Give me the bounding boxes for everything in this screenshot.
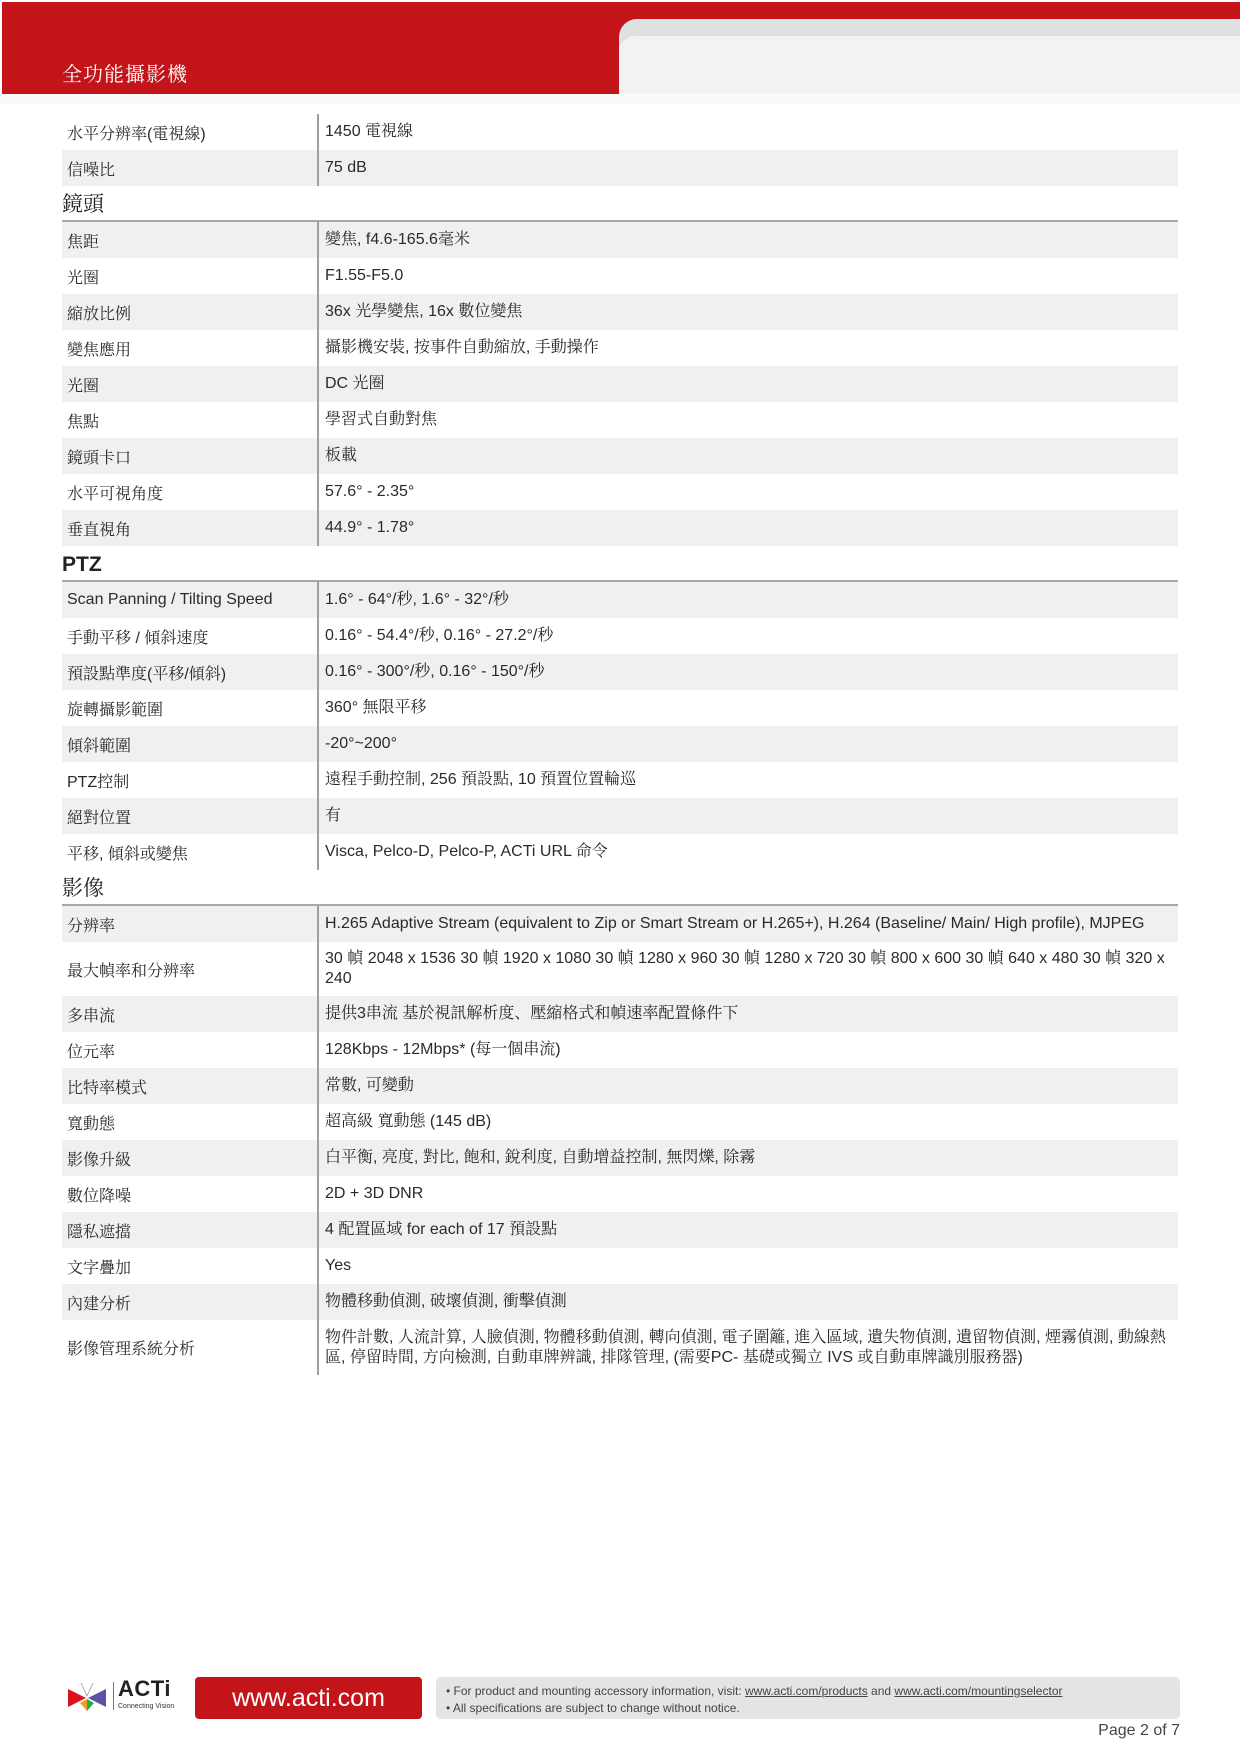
- spec-value: 常數, 可變動: [319, 1068, 1178, 1104]
- spec-label: 信噪比: [62, 150, 319, 186]
- spec-row: 傾斜範圍 -20°~200°: [62, 726, 1178, 762]
- spec-content: 水平分辨率(電視線) 1450 電視線 信噪比 75 dB 鏡頭 焦距 變焦, …: [62, 114, 1178, 1375]
- website-link-button[interactable]: www.acti.com: [195, 1677, 422, 1719]
- spec-row: 焦距 變焦, f4.6-165.6毫米: [62, 222, 1178, 258]
- section-title-image: 影像: [62, 870, 1178, 906]
- spec-value: Yes: [319, 1248, 1178, 1284]
- spec-label: 焦距: [62, 222, 319, 258]
- spec-label: 水平可視角度: [62, 474, 319, 510]
- spec-row: 分辨率 H.265 Adaptive Stream (equivalent to…: [62, 906, 1178, 942]
- spec-row: 隱私遮擋 4 配置區域 for each of 17 預設點: [62, 1212, 1178, 1248]
- spec-value: 1450 電視線: [319, 114, 1178, 150]
- spec-value: 57.6° - 2.35°: [319, 474, 1178, 510]
- spec-label: 鏡頭卡口: [62, 438, 319, 474]
- spec-row: 平移, 傾斜或變焦 Visca, Pelco-D, Pelco-P, ACTi …: [62, 834, 1178, 870]
- spec-label: 水平分辨率(電視線): [62, 114, 319, 150]
- spec-row: 影像管理系統分析 物件計數, 人流計算, 人臉偵測, 物體移動偵測, 轉向偵測,…: [62, 1320, 1178, 1375]
- spec-row: 光圈 DC 光圈: [62, 366, 1178, 402]
- spec-value: 4 配置區域 for each of 17 預設點: [319, 1212, 1178, 1248]
- spec-label: 垂直視角: [62, 510, 319, 546]
- spec-label: PTZ控制: [62, 762, 319, 798]
- spec-row: 絕對位置 有: [62, 798, 1178, 834]
- spec-value: 30 幀 2048 x 1536 30 幀 1920 x 1080 30 幀 1…: [319, 942, 1178, 996]
- spec-value: 36x 光學變焦, 16x 數位變焦: [319, 294, 1178, 330]
- spec-value: 44.9° - 1.78°: [319, 510, 1178, 546]
- note-1-prefix: • For product and mounting accessory inf…: [446, 1684, 745, 1698]
- spec-label: 光圈: [62, 258, 319, 294]
- section-title-ptz: PTZ: [62, 546, 1178, 582]
- spec-value: 128Kbps - 12Mbps* (每一個串流): [319, 1032, 1178, 1068]
- spec-label: 數位降噪: [62, 1176, 319, 1212]
- spec-row: 變焦應用 攝影機安裝, 按事件自動縮放, 手動操作: [62, 330, 1178, 366]
- spec-row: 比特率模式 常數, 可變動: [62, 1068, 1178, 1104]
- spec-value: 學習式自動對焦: [319, 402, 1178, 438]
- spec-row: 多串流 提供3串流 基於視訊解析度、壓縮格式和幀速率配置條件下: [62, 996, 1178, 1032]
- spec-row: 鏡頭卡口 板載: [62, 438, 1178, 474]
- spec-value: 360° 無限平移: [319, 690, 1178, 726]
- logo-tagline: Connecting Vision: [118, 1703, 174, 1710]
- spec-label: 多串流: [62, 996, 319, 1032]
- spec-label: 最大幀率和分辨率: [62, 942, 319, 996]
- spec-label: 影像管理系統分析: [62, 1320, 319, 1375]
- spec-row: Scan Panning / Tilting Speed 1.6° - 64°/…: [62, 582, 1178, 618]
- spec-label: 變焦應用: [62, 330, 319, 366]
- spec-label: 旋轉攝影範圍: [62, 690, 319, 726]
- spec-row: 文字疊加 Yes: [62, 1248, 1178, 1284]
- spec-value: 遠程手動控制, 256 預設點, 10 預置位置輪巡: [319, 762, 1178, 798]
- mounting-selector-link[interactable]: www.acti.com/mountingselector: [894, 1684, 1062, 1698]
- spec-value: 超高級 寬動態 (145 dB): [319, 1104, 1178, 1140]
- spec-row: 最大幀率和分辨率 30 幀 2048 x 1536 30 幀 1920 x 10…: [62, 942, 1178, 996]
- spec-label: 平移, 傾斜或變焦: [62, 834, 319, 870]
- section-title-lens: 鏡頭: [62, 186, 1178, 222]
- note-1-mid: and: [868, 1684, 895, 1698]
- spec-row: 水平可視角度 57.6° - 2.35°: [62, 474, 1178, 510]
- logo-text: ACTi: [118, 1676, 171, 1702]
- footer-notes: • For product and mounting accessory inf…: [436, 1677, 1180, 1719]
- spec-value: 0.16° - 300°/秒, 0.16° - 150°/秒: [319, 654, 1178, 690]
- spec-label: 分辨率: [62, 906, 319, 942]
- spec-value: -20°~200°: [319, 726, 1178, 762]
- page-title: 全功能攝影機: [62, 58, 188, 87]
- spec-value: 75 dB: [319, 150, 1178, 186]
- header-shadow: [0, 94, 1240, 104]
- spec-value: 變焦, f4.6-165.6毫米: [319, 222, 1178, 258]
- spec-label: 影像升級: [62, 1140, 319, 1176]
- spec-value: DC 光圈: [319, 366, 1178, 402]
- footer-note-2: • All specifications are subject to chan…: [446, 1700, 1170, 1717]
- spec-row: 焦點 學習式自動對焦: [62, 402, 1178, 438]
- spec-value: 板載: [319, 438, 1178, 474]
- spec-value: 2D + 3D DNR: [319, 1176, 1178, 1212]
- spec-row: 手動平移 / 傾斜速度 0.16° - 54.4°/秒, 0.16° - 27.…: [62, 618, 1178, 654]
- products-link[interactable]: www.acti.com/products: [745, 1684, 868, 1698]
- spec-value: 物件計數, 人流計算, 人臉偵測, 物體移動偵測, 轉向偵測, 電子圍籬, 進入…: [319, 1320, 1178, 1375]
- spec-value: 物體移動偵測, 破壞偵測, 衝擊偵測: [319, 1284, 1178, 1320]
- spec-value: 白平衡, 亮度, 對比, 飽和, 銳利度, 自動增益控制, 無閃爍, 除霧: [319, 1140, 1178, 1176]
- spec-label: 位元率: [62, 1032, 319, 1068]
- spec-label: 絕對位置: [62, 798, 319, 834]
- footer-note-1: • For product and mounting accessory inf…: [446, 1683, 1170, 1700]
- spec-value: 有: [319, 798, 1178, 834]
- spec-row: 位元率 128Kbps - 12Mbps* (每一個串流): [62, 1032, 1178, 1068]
- spec-value: Visca, Pelco-D, Pelco-P, ACTi URL 命令: [319, 834, 1178, 870]
- spec-row: 水平分辨率(電視線) 1450 電視線: [62, 114, 1178, 150]
- spec-label: 隱私遮擋: [62, 1212, 319, 1248]
- spec-row: 光圈 F1.55-F5.0: [62, 258, 1178, 294]
- spec-value: 1.6° - 64°/秒, 1.6° - 32°/秒: [319, 582, 1178, 618]
- spec-label: 傾斜範圍: [62, 726, 319, 762]
- spec-label: 光圈: [62, 366, 319, 402]
- spec-row: 旋轉攝影範圍 360° 無限平移: [62, 690, 1178, 726]
- acti-logo-icon: [66, 1681, 116, 1715]
- spec-label: 內建分析: [62, 1284, 319, 1320]
- spec-row: 垂直視角 44.9° - 1.78°: [62, 510, 1178, 546]
- spec-value: H.265 Adaptive Stream (equivalent to Zip…: [319, 906, 1178, 942]
- spec-value: 提供3串流 基於視訊解析度、壓縮格式和幀速率配置條件下: [319, 996, 1178, 1032]
- spec-row: 預設點準度(平移/傾斜) 0.16° - 300°/秒, 0.16° - 150…: [62, 654, 1178, 690]
- spec-label: Scan Panning / Tilting Speed: [62, 582, 319, 618]
- spec-label: 文字疊加: [62, 1248, 319, 1284]
- spec-row: PTZ控制 遠程手動控制, 256 預設點, 10 預置位置輪巡: [62, 762, 1178, 798]
- spec-value: F1.55-F5.0: [319, 258, 1178, 294]
- spec-row: 影像升級 白平衡, 亮度, 對比, 飽和, 銳利度, 自動增益控制, 無閃爍, …: [62, 1140, 1178, 1176]
- logo-divider: [113, 1682, 114, 1710]
- spec-row: 信噪比 75 dB: [62, 150, 1178, 186]
- spec-row: 內建分析 物體移動偵測, 破壞偵測, 衝擊偵測: [62, 1284, 1178, 1320]
- page-number: Page 2 of 7: [1070, 1722, 1180, 1740]
- header-tab-inner-decoration: [619, 36, 1240, 94]
- spec-label: 比特率模式: [62, 1068, 319, 1104]
- spec-label: 焦點: [62, 402, 319, 438]
- spec-label: 縮放比例: [62, 294, 319, 330]
- spec-value: 0.16° - 54.4°/秒, 0.16° - 27.2°/秒: [319, 618, 1178, 654]
- spec-label: 手動平移 / 傾斜速度: [62, 618, 319, 654]
- spec-value: 攝影機安裝, 按事件自動縮放, 手動操作: [319, 330, 1178, 366]
- spec-label: 預設點準度(平移/傾斜): [62, 654, 319, 690]
- spec-row: 寬動態 超高級 寬動態 (145 dB): [62, 1104, 1178, 1140]
- spec-row: 縮放比例 36x 光學變焦, 16x 數位變焦: [62, 294, 1178, 330]
- spec-row: 數位降噪 2D + 3D DNR: [62, 1176, 1178, 1212]
- spec-label: 寬動態: [62, 1104, 319, 1140]
